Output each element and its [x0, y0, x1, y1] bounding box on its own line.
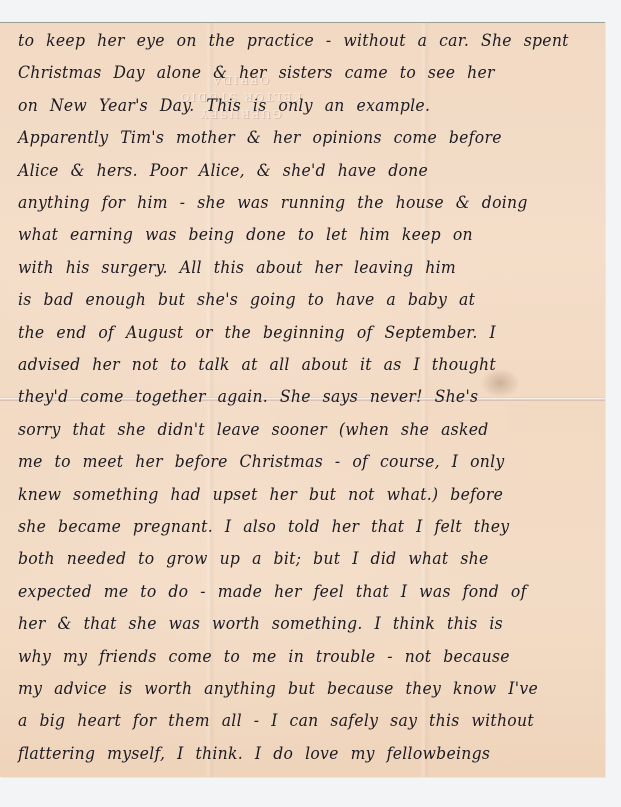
handwritten-line: my advice is worth anything but because … — [18, 679, 591, 698]
handwritten-line: is bad enough but she's going to have a … — [18, 290, 591, 309]
handwritten-line: sorry that she didn't leave sooner (when… — [18, 420, 591, 439]
handwritten-line: they'd come together again. She says nev… — [18, 387, 591, 406]
handwritten-line: why my friends come to me in trouble - n… — [18, 647, 591, 666]
letter-page: GUERNSEY KELTOR STUDIO OFRIDA to keep he… — [0, 22, 605, 777]
handwritten-line: flattering myself, I think. I do love my… — [18, 744, 591, 763]
handwritten-line: knew something had upset her but not wha… — [18, 485, 591, 504]
handwritten-line: a big heart for them all - I can safely … — [18, 711, 591, 730]
handwritten-line: she became pregnant. I also told her tha… — [18, 517, 591, 536]
handwritten-line: advised her not to talk at all about it … — [18, 355, 591, 374]
handwritten-line: with his surgery. All this about her lea… — [18, 258, 591, 277]
handwritten-line: anything for him - she was running the h… — [18, 193, 591, 212]
handwritten-line: her & that she was worth something. I th… — [18, 614, 591, 633]
handwritten-line: expected me to do - made her feel that I… — [18, 582, 591, 601]
handwritten-line: both needed to grow up a bit; but I did … — [18, 549, 591, 568]
handwritten-line: what earning was being done to let him k… — [18, 225, 591, 244]
handwritten-line: Alice & hers. Poor Alice, & she'd have d… — [18, 161, 591, 180]
handwritten-line: to keep her eye on the practice - withou… — [18, 31, 591, 50]
handwritten-line: Apparently Tim's mother & her opinions c… — [18, 128, 591, 147]
handwritten-line: the end of August or the beginning of Se… — [18, 323, 591, 342]
handwritten-line: on New Year's Day. This is only an examp… — [18, 96, 591, 115]
handwritten-line: Christmas Day alone & her sisters came t… — [18, 63, 591, 82]
handwritten-line: me to meet her before Christmas - of cou… — [18, 452, 591, 471]
